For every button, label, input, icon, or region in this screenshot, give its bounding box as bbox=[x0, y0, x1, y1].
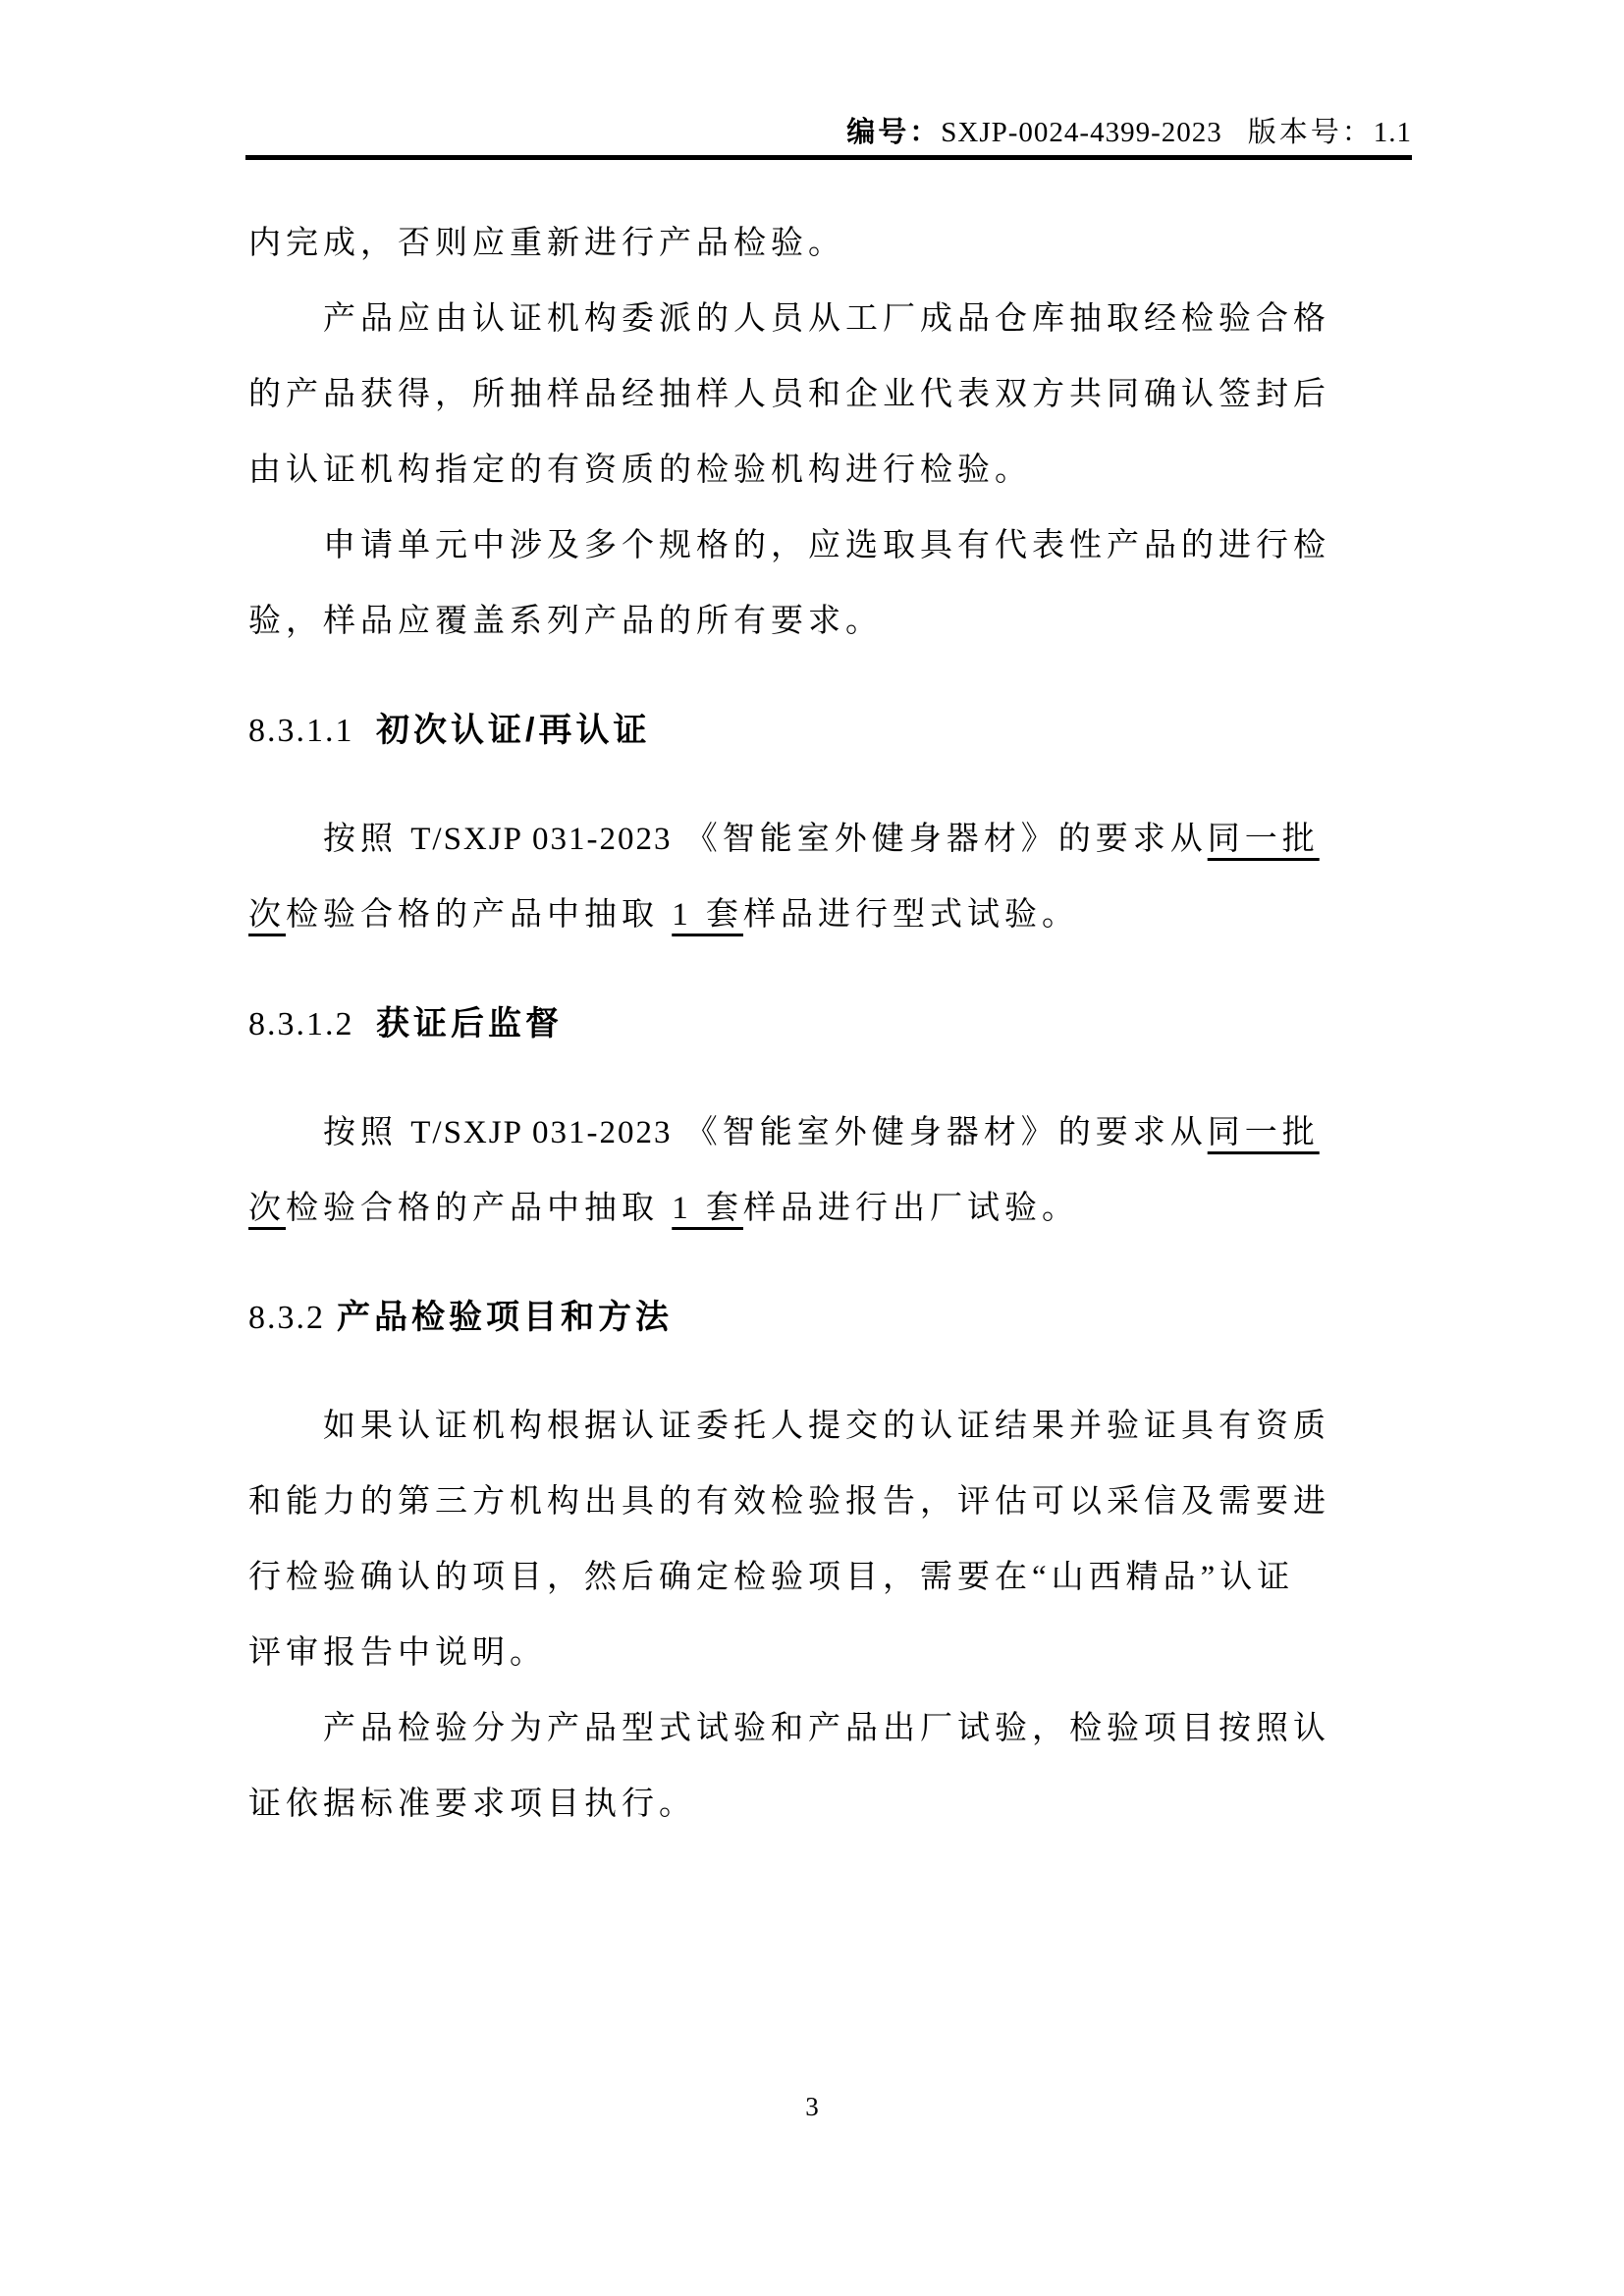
text-segment: 的产品获得，所抽样品经抽样人员和企业代表双方共同确认签封后 bbox=[248, 377, 1330, 412]
text-segment: 评审报告中说明。 bbox=[248, 1635, 547, 1671]
text-line: 产品检验分为产品型式试验和产品出厂试验，检验项目按照认 bbox=[248, 1691, 1624, 1767]
text-segment: 如果认证机构根据认证委托人提交的认证结果并验证具有资质 bbox=[323, 1409, 1330, 1444]
text-line: 内完成，否则应重新进行产品检验。 bbox=[248, 206, 1624, 282]
section-number: 8.3.1.2 bbox=[248, 1006, 364, 1042]
text-segment: 和能力的第三方机构出具的有效检验报告，评估可以采信及需要进 bbox=[248, 1484, 1330, 1520]
text-line: 次检验合格的产品中抽取 1 套样品进行出厂试验。 bbox=[248, 1171, 1624, 1247]
text-segment: 内完成，否则应重新进行产品检验。 bbox=[248, 226, 845, 261]
text-segment: T/SXJP 031-2023 bbox=[410, 1115, 672, 1150]
paragraph: 内完成，否则应重新进行产品检验。 bbox=[248, 206, 1624, 282]
paragraph: 产品检验分为产品型式试验和产品出厂试验，检验项目按照认证依据标准要求项目执行。 bbox=[248, 1691, 1624, 1842]
text-line: 证依据标准要求项目执行。 bbox=[248, 1767, 1624, 1842]
paragraph: 产品应由认证机构委派的人员从工厂成品仓库抽取经检验合格的产品获得，所抽样品经抽样… bbox=[248, 282, 1624, 508]
page-number: 3 bbox=[805, 2092, 819, 2121]
text-segment: 检验合格的产品中抽取 bbox=[286, 897, 672, 933]
header-document-number: SXJP-0024-4399-2023 bbox=[941, 117, 1221, 148]
text-line: 如果认证机构根据认证委托人提交的认证结果并验证具有资质 bbox=[248, 1389, 1624, 1465]
underlined-text: 次 bbox=[248, 1191, 286, 1226]
document-page: 编号：SXJP-0024-4399-2023版本号：1.1 内完成，否则应重新进… bbox=[0, 0, 1624, 2296]
text-segment: 产品应由认证机构委派的人员从工厂成品仓库抽取经检验合格 bbox=[323, 301, 1330, 337]
text-segment: 行检验确认的项目，然后确定检验项目，需要在“山西精品”认证 bbox=[248, 1560, 1294, 1595]
document-body: 内完成，否则应重新进行产品检验。产品应由认证机构委派的人员从工厂成品仓库抽取经检… bbox=[248, 206, 1624, 1842]
text-segment: 验，样品应覆盖系列产品的所有要求。 bbox=[248, 604, 883, 639]
underlined-text: 同一批 bbox=[1208, 1115, 1320, 1150]
text-segment: 按照 bbox=[323, 822, 410, 857]
text-line: 行检验确认的项目，然后确定检验项目，需要在“山西精品”认证 bbox=[248, 1540, 1624, 1616]
text-segment: 证依据标准要求项目执行。 bbox=[248, 1787, 696, 1822]
header-number-label: 编号： bbox=[846, 117, 941, 148]
section-number: 8.3.1.1 bbox=[248, 713, 364, 749]
section-title: 产品检验项目和方法 bbox=[337, 1299, 673, 1336]
paragraph: 如果认证机构根据认证委托人提交的认证结果并验证具有资质和能力的第三方机构出具的有… bbox=[248, 1389, 1624, 1691]
text-segment: 检验合格的产品中抽取 bbox=[286, 1191, 672, 1226]
paragraph: 按照 T/SXJP 031-2023 《智能室外健身器材》的要求从同一批次检验合… bbox=[248, 802, 1624, 953]
text-segment: 《智能室外健身器材》的要求从 bbox=[672, 1115, 1207, 1150]
text-segment: 产品检验分为产品型式试验和产品出厂试验，检验项目按照认 bbox=[323, 1711, 1330, 1746]
text-line: 申请单元中涉及多个规格的，应选取具有代表性产品的进行检 bbox=[248, 508, 1624, 584]
section-title: 初次认证/再认证 bbox=[376, 712, 650, 749]
text-line: 由认证机构指定的有资质的检验机构进行检验。 bbox=[248, 433, 1624, 508]
header-version-label: 版本号： bbox=[1248, 117, 1374, 148]
page-footer: 3 bbox=[0, 2091, 1624, 2122]
section-heading: 8.3.1.1 初次认证/再认证 bbox=[248, 693, 1624, 769]
text-segment: 按照 bbox=[323, 1115, 410, 1150]
text-segment: 由认证机构指定的有资质的检验机构进行检验。 bbox=[248, 453, 1032, 488]
section-number: 8.3.2 bbox=[248, 1300, 325, 1336]
text-line: 的产品获得，所抽样品经抽样人员和企业代表双方共同确认签封后 bbox=[248, 357, 1624, 433]
header-version-value: 1.1 bbox=[1374, 117, 1412, 148]
text-segment: 样品进行出厂试验。 bbox=[743, 1191, 1079, 1226]
underlined-text: 次 bbox=[248, 897, 286, 933]
text-segment: 样品进行型式试验。 bbox=[743, 897, 1079, 933]
text-segment: 申请单元中涉及多个规格的，应选取具有代表性产品的进行检 bbox=[323, 528, 1330, 563]
text-line: 和能力的第三方机构出具的有效检验报告，评估可以采信及需要进 bbox=[248, 1465, 1624, 1540]
section-heading: 8.3.2产品检验项目和方法 bbox=[248, 1280, 1624, 1356]
underlined-text: 1 套 bbox=[672, 1191, 743, 1226]
text-line: 评审报告中说明。 bbox=[248, 1616, 1624, 1691]
document-header: 编号：SXJP-0024-4399-2023版本号：1.1 bbox=[245, 0, 1412, 160]
text-line: 次检验合格的产品中抽取 1 套样品进行型式试验。 bbox=[248, 878, 1624, 953]
underlined-text: 同一批 bbox=[1208, 822, 1320, 857]
paragraph: 按照 T/SXJP 031-2023 《智能室外健身器材》的要求从同一批次检验合… bbox=[248, 1095, 1624, 1247]
text-segment: 《智能室外健身器材》的要求从 bbox=[672, 822, 1207, 857]
text-line: 验，样品应覆盖系列产品的所有要求。 bbox=[248, 584, 1624, 660]
text-line: 按照 T/SXJP 031-2023 《智能室外健身器材》的要求从同一批 bbox=[248, 802, 1624, 878]
underlined-text: 1 套 bbox=[672, 897, 743, 933]
text-segment: T/SXJP 031-2023 bbox=[410, 822, 672, 857]
paragraph: 申请单元中涉及多个规格的，应选取具有代表性产品的进行检验，样品应覆盖系列产品的所… bbox=[248, 508, 1624, 660]
section-title: 获证后监督 bbox=[376, 1005, 563, 1042]
text-line: 按照 T/SXJP 031-2023 《智能室外健身器材》的要求从同一批 bbox=[248, 1095, 1624, 1171]
text-line: 产品应由认证机构委派的人员从工厂成品仓库抽取经检验合格 bbox=[248, 282, 1624, 357]
section-heading: 8.3.1.2 获证后监督 bbox=[248, 987, 1624, 1062]
